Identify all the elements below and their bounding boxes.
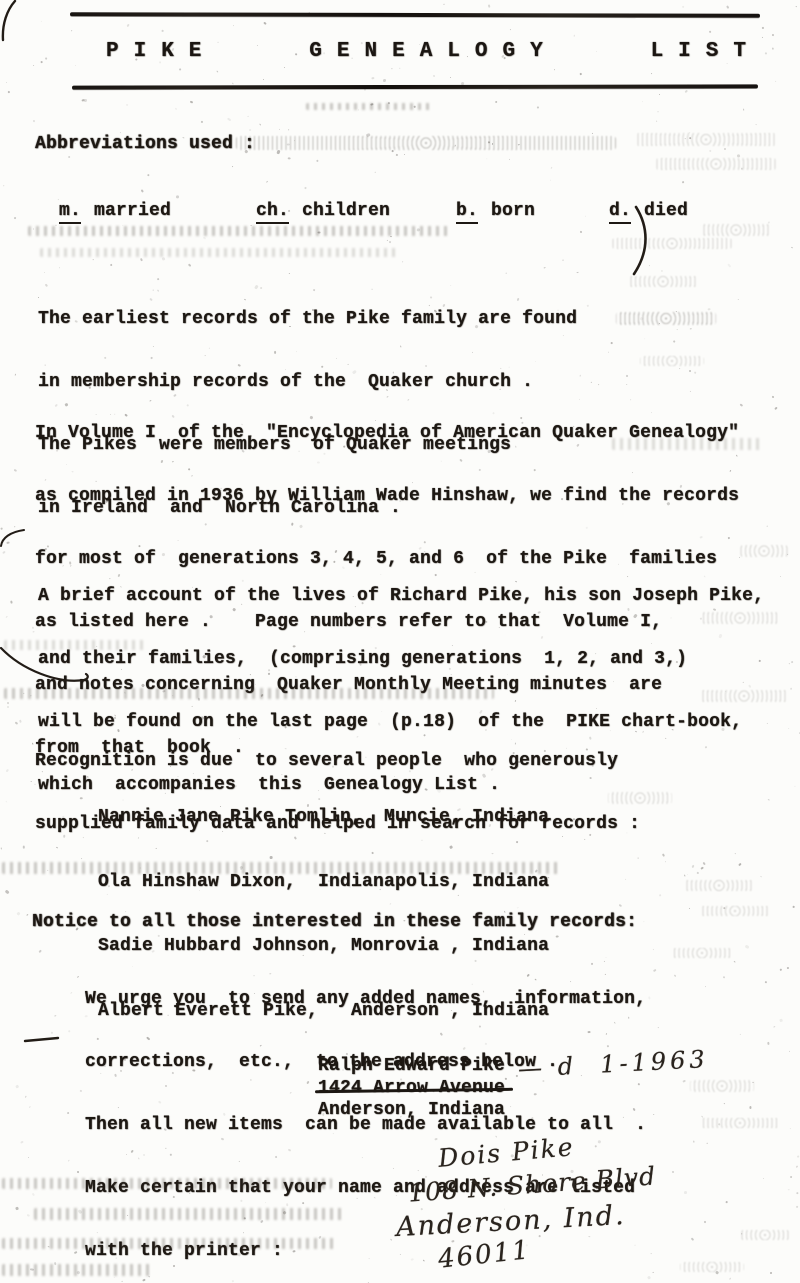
bleed-smudge (740, 545, 788, 557)
bleed-smudge (700, 690, 788, 702)
text-line: The earliest records of the Pike family … (38, 309, 577, 330)
bleed-smudge (2, 1238, 338, 1249)
printer-street-text: 1424 Arrow Avenue (318, 1078, 505, 1099)
notice-heading: Notice to all those interested in these … (32, 912, 637, 933)
handwritten-line: 46011 (437, 1235, 532, 1275)
bleed-smudge (690, 1080, 754, 1092)
bleed-smudge (672, 948, 732, 958)
handwritten-note: Dois Pike 108 N. Shore Blvd Anderson, In… (0, 1130, 800, 1280)
abbr-born-key: b. (456, 201, 478, 224)
scanned-document-page: { "title": { "words": ["PIKE", "GENEALOG… (0, 0, 800, 1283)
printer-street: 1424 Arrow Avenue (318, 1078, 505, 1099)
title-word-pike: PIKE (106, 40, 216, 63)
bleed-smudge (34, 1208, 344, 1220)
printer-name: Ralph Edward Pike (318, 1056, 505, 1077)
bleed-smudge (2, 1264, 152, 1276)
bleed-smudge (628, 276, 698, 287)
abbr-born-word: born (491, 201, 535, 221)
bleed-smudge (680, 1262, 744, 1272)
bleed-smudge (236, 136, 616, 150)
abbr-children-key: ch. (256, 201, 289, 224)
handwritten-line: Dois Pike (437, 1132, 576, 1173)
text-line: We urge you to send any added names, inf… (85, 989, 646, 1010)
abbreviation-key-row: m.married ch.children b.born d.died (0, 180, 800, 202)
text-line: and their families, (comprising generati… (38, 649, 764, 670)
bleed-smudge (636, 133, 776, 146)
title-word-list: LIST (651, 40, 761, 63)
bleed-smudge (656, 158, 776, 170)
abbr-children-word: children (302, 201, 390, 221)
printer-address-block: Ralph Edward Pike — d 1-1963 1424 Arrow … (318, 1056, 738, 1126)
bleed-smudge (684, 880, 754, 891)
handwritten-corner-stroke-mark (0, 0, 20, 42)
abbr-married-key: m. (59, 201, 81, 224)
bleed-smudge (608, 792, 672, 804)
handwritten-swoosh-mark (0, 646, 92, 688)
contributor-line: Nannie Jane Pike Tomlin, Muncie, Indiana (98, 807, 549, 829)
bleed-smudge (740, 1230, 790, 1240)
bleed-smudge (306, 103, 432, 110)
abbr-married-word: married (94, 201, 171, 221)
title-word-genealogy: GENEALOGY (309, 40, 557, 63)
bleed-smudge (28, 226, 448, 236)
bleed-smudge (4, 640, 144, 650)
bleed-smudge (2, 862, 562, 874)
page-title: PIKE GENEALOGY LIST (106, 40, 761, 63)
handwritten-dash-mark (24, 1036, 60, 1044)
text-line: A brief account of the lives of Richard … (38, 586, 764, 607)
bleed-smudge (40, 248, 400, 257)
printer-city: Anderson, Indiana (318, 1100, 505, 1121)
bleed-smudge (640, 356, 704, 366)
bleed-smudge (612, 238, 732, 249)
bleed-smudge (700, 906, 770, 916)
bleed-smudge (4, 688, 494, 699)
abbreviations-heading: Abbreviations used : (35, 134, 255, 155)
bleed-smudge (616, 312, 716, 325)
bleed-smudge (700, 612, 780, 624)
text-line: as compiled in 1936 by William Wade Hins… (35, 486, 739, 507)
bleed-smudge (2, 1178, 332, 1189)
bleed-smudge (700, 1118, 780, 1128)
handwritten-small-curve-mark (0, 528, 26, 548)
bleed-smudge (612, 438, 762, 450)
bleed-smudge (700, 224, 772, 236)
contributor-line: Ola Hinshaw Dixon, Indianapolis, Indiana (98, 872, 549, 894)
